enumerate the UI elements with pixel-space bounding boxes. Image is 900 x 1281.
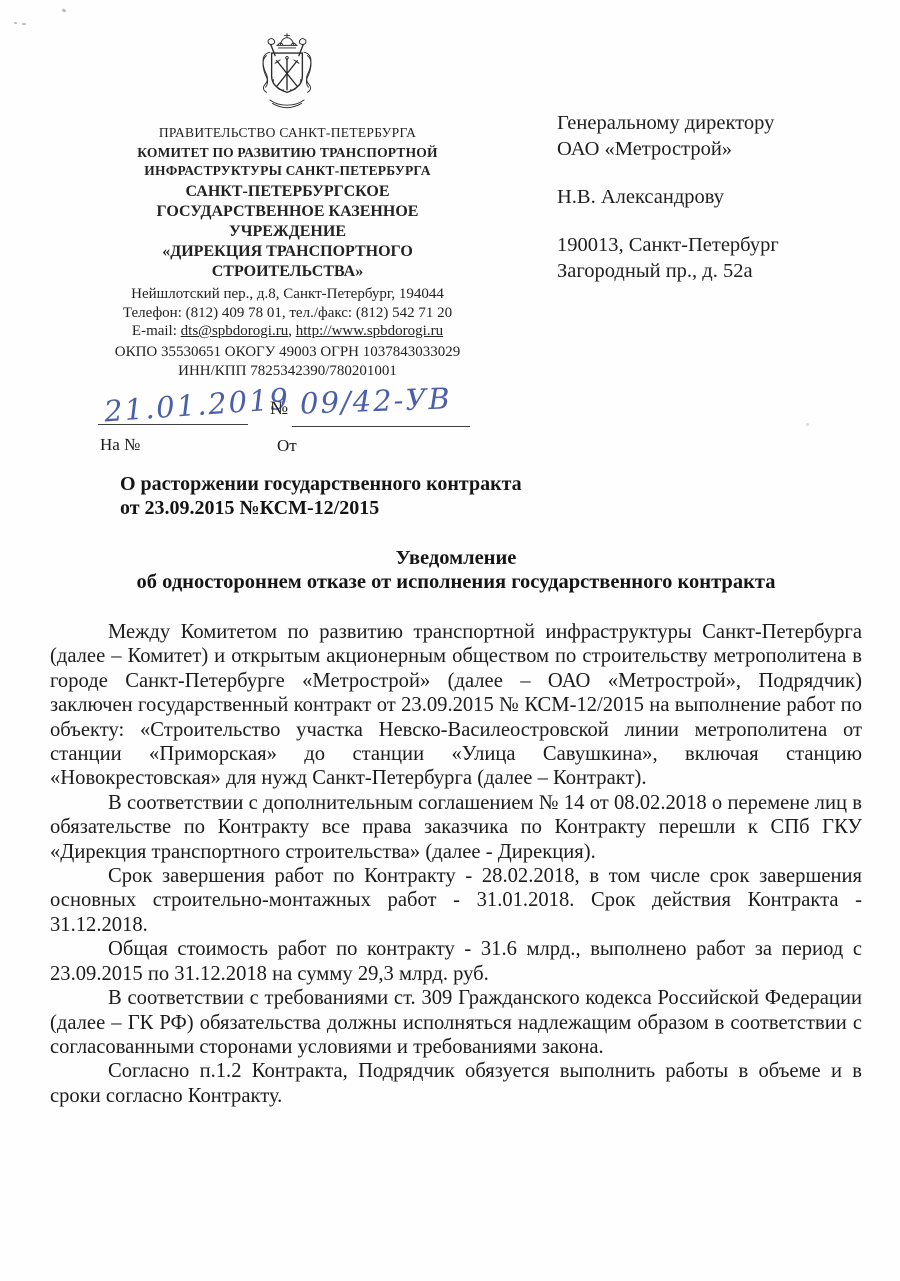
paragraph: Между Комитетом по развитию транспортной… xyxy=(50,620,862,791)
requisites-row: 21.01.2019 № 09/42-УВ На № От xyxy=(0,384,900,469)
document-title: Уведомление об одностороннем отказе от и… xyxy=(50,546,862,594)
email-label: E-mail: xyxy=(132,323,181,339)
email-address: dts@spbdorogi.ru xyxy=(181,323,289,339)
paragraph: В соответствии с дополнительным соглашен… xyxy=(50,791,862,864)
org-name-line: СТРОИТЕЛЬСТВА» xyxy=(100,262,475,282)
recipient-address-line-2: Загородный пр., д. 52а xyxy=(557,258,887,284)
postal-address: Нейшлотский пер., д.8, Санкт-Петербург, … xyxy=(100,285,475,304)
registration-codes-line-2: ИНН/КПП 7825342390/780201001 xyxy=(100,362,475,381)
committee-line-2: ИНФРАСТРУКТУРЫ САНКТ-ПЕТЕРБУРГА xyxy=(100,162,475,180)
website-url: http://www.spbdorogi.ru xyxy=(296,323,443,339)
paragraph: Срок завершения работ по Контракту - 28.… xyxy=(50,864,862,937)
scan-artifact xyxy=(14,22,17,24)
handwritten-date: 21.01.2019 xyxy=(103,382,291,429)
committee-line-1: КОМИТЕТ ПО РАЗВИТИЮ ТРАНСПОРТНОЙ xyxy=(100,144,475,162)
from-label: От xyxy=(277,436,297,456)
org-name-line: «ДИРЕКЦИЯ ТРАНСПОРТНОГО xyxy=(100,242,475,262)
paragraph: Общая стоимость работ по контракту - 31.… xyxy=(50,937,862,986)
org-name-line: ГОСУДАРСТВЕННОЕ КАЗЕННОЕ xyxy=(100,202,475,222)
org-name-line: УЧРЕЖДЕНИЕ xyxy=(100,222,475,242)
title-line-2: об одностороннем отказе от исполнения го… xyxy=(50,570,862,594)
subject-line-1: О расторжении государственного контракта xyxy=(120,472,740,496)
paragraph: В соответствии с требованиями ст. 309 Гр… xyxy=(50,986,862,1059)
government-line: ПРАВИТЕЛЬСТВО САНКТ-ПЕТЕРБУРГА xyxy=(100,124,475,142)
title-line-1: Уведомление xyxy=(50,546,862,570)
separator: , xyxy=(288,323,296,339)
recipient-position-line-1: Генеральному директору xyxy=(557,110,887,136)
scan-artifact xyxy=(22,23,26,25)
reply-to-label: На № xyxy=(100,435,140,455)
subject-block: О расторжении государственного контракта… xyxy=(120,472,740,520)
date-blank-line xyxy=(98,424,248,425)
recipient-address-line-1: 190013, Санкт-Петербург xyxy=(557,232,887,258)
registration-codes-line-1: ОКПО 35530651 ОКОГУ 49003 ОГРН 103784303… xyxy=(100,343,475,362)
number-sign-label: № xyxy=(270,398,288,420)
letterhead: ПРАВИТЕЛЬСТВО САНКТ-ПЕТЕРБУРГА КОМИТЕТ П… xyxy=(100,124,475,381)
recipient-position-line-2: ОАО «Метрострой» xyxy=(557,136,887,162)
paragraph: Согласно п.1.2 Контракта, Подрядчик обяз… xyxy=(50,1059,862,1108)
handwritten-outgoing-number: 09/42-УВ xyxy=(299,381,452,420)
scanned-letter-page: ПРАВИТЕЛЬСТВО САНКТ-ПЕТЕРБУРГА КОМИТЕТ П… xyxy=(0,0,900,1281)
recipient-block: Генеральному директору ОАО «Метрострой» … xyxy=(557,110,887,284)
letter-body: Между Комитетом по развитию транспортной… xyxy=(50,620,862,1108)
subject-line-2: от 23.09.2015 №КСМ-12/2015 xyxy=(120,496,740,520)
email-line: E-mail: dts@spbdorogi.ru, http://www.spb… xyxy=(100,322,475,341)
number-blank-line xyxy=(292,426,470,427)
recipient-name: Н.В. Александрову xyxy=(557,184,887,210)
spb-coat-of-arms-icon xyxy=(243,30,331,112)
org-name-line: САНКТ-ПЕТЕРБУРГСКОЕ xyxy=(100,182,475,202)
phone-line: Телефон: (812) 409 78 01, тел./факс: (81… xyxy=(100,304,475,323)
scan-artifact xyxy=(62,8,67,13)
